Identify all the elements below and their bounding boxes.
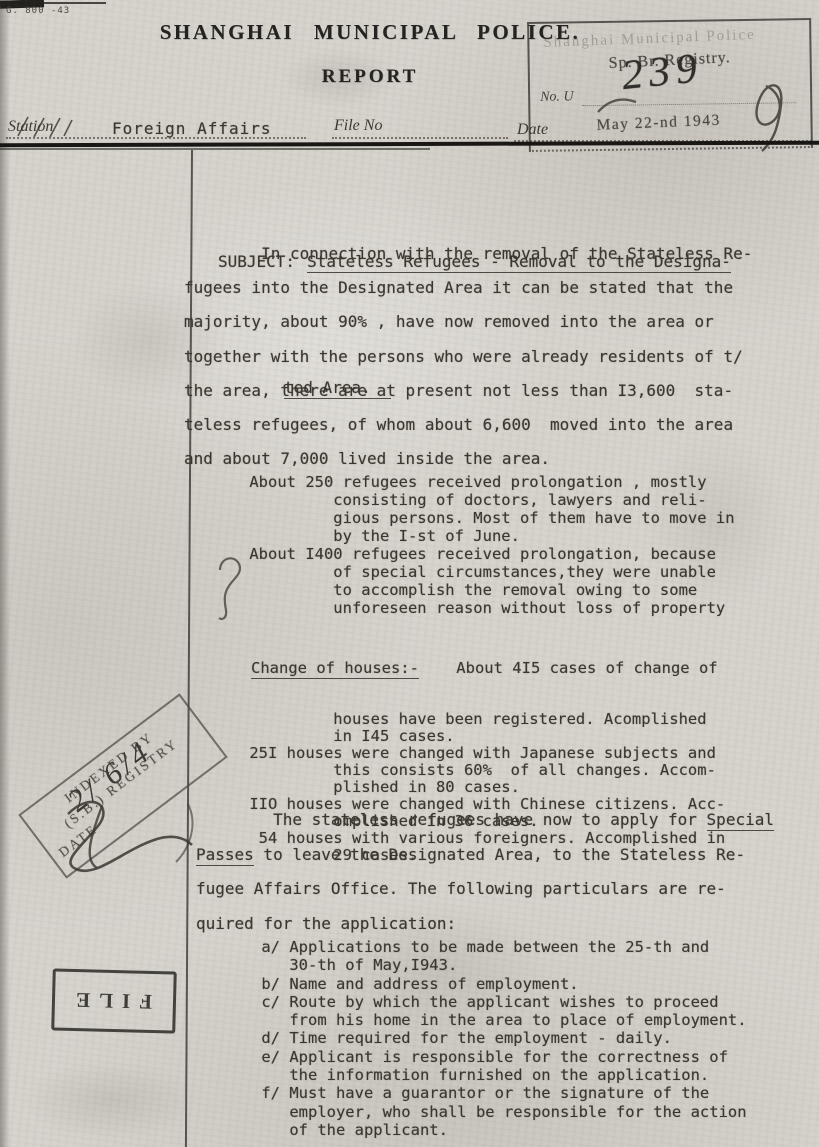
file-no-leader [332,121,508,139]
report-title: REPORT [150,66,590,88]
file-stamp: FILE [51,968,177,1033]
date-leader [514,124,812,142]
houses-heading-line: Change of houses:- About 4I5 cases of ch… [184,660,725,677]
special-passes-paragraph: The stateless refugees have now to apply… [196,803,774,941]
scanned-report-page: G. 800 -43 SHANGHAI MUNICIPAL POLICE. RE… [0,0,819,1147]
prolongation-block: About 250 refugees received prolongation… [184,473,735,617]
indexed-by-stamp: INDEXED BY (S.B.) REGISTRY DATE 2/ 6/4 [10,688,250,898]
paragraph-intro: In connection with the removal of the St… [184,237,752,476]
houses-heading: Change of houses:- [251,659,419,679]
form-code: G. 800 -43 [6,6,70,16]
passes-line-3: fugee Affairs Office. The following part… [196,872,774,907]
application-requirements-list: a/ Applications to be made between the 2… [196,938,747,1139]
passes-line-4: quired for the application: [196,907,774,942]
scan-edge-shadow [0,0,10,1147]
houses-heading-rest: About 4I5 cases of change of [419,659,718,677]
special-underlined: Special [707,810,774,831]
station-leader [6,121,306,139]
passes-line2-text: to leave the Designated Area, to the Sta… [254,845,745,864]
passes-line-2: Passes to leave the Designated Area, to … [196,838,774,873]
handwritten-registry-number: 239 [620,44,705,100]
scan-corner-line [2,2,106,4]
organization-title: SHANGHAI MUNICIPAL POLICE. [150,20,590,45]
registry-number-label: No. U [540,89,574,105]
header-rule-secondary [0,148,430,150]
file-stamp-label: FILE [67,987,162,1014]
masthead: SHANGHAI MUNICIPAL POLICE. REPORT [150,20,590,88]
paper-blotch [20,1060,200,1140]
passes-line-1: The stateless refugees have now to apply… [196,803,774,838]
passes-line1-text: The stateless refugees have now to apply… [196,810,707,829]
